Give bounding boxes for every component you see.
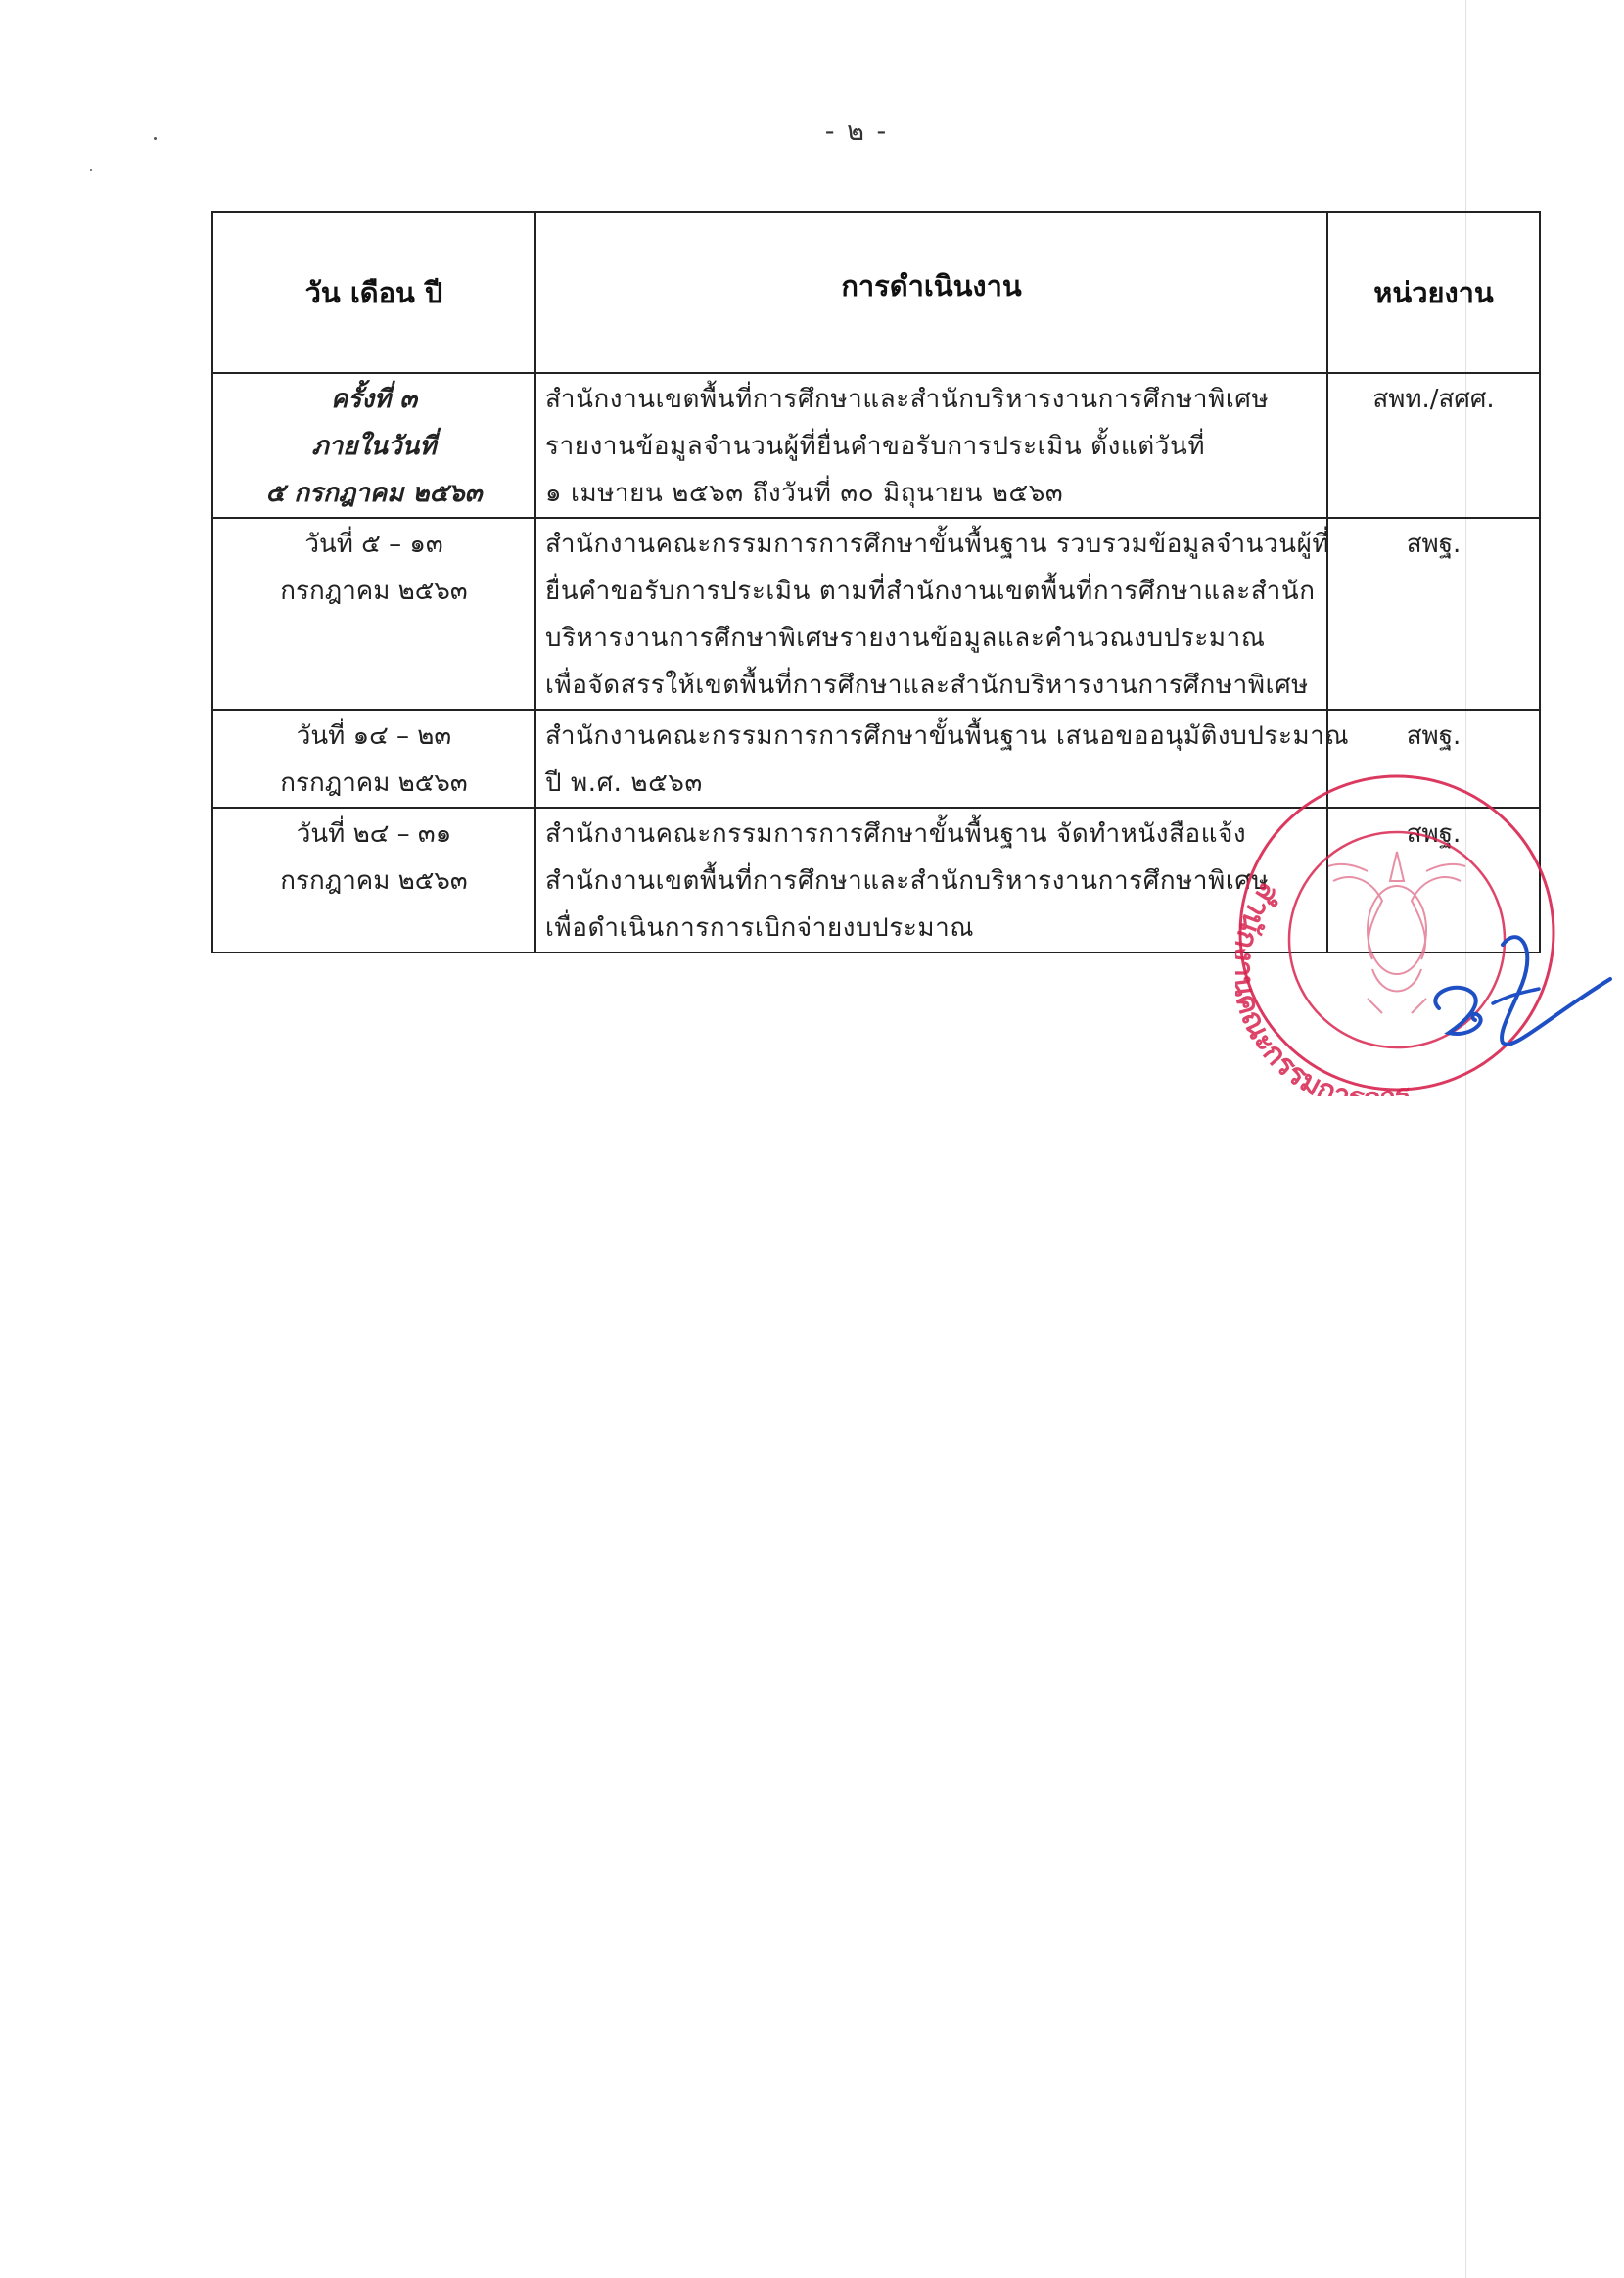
date-line: วันที่ ๑๔ – ๒๓ [213, 713, 534, 760]
action-line: รายงานข้อมูลจำนวนผู้ที่ยื่นคำขอรับการประ… [545, 423, 1317, 470]
date-line: กรกฎาคม ๒๕๖๓ [213, 760, 534, 807]
cell-action: สำนักงานคณะกรรมการการศึกษาขั้นพื้นฐาน จั… [535, 808, 1327, 953]
cell-date: วันที่ ๕ – ๑๓กรกฎาคม ๒๕๖๓ [212, 518, 535, 710]
action-line: ยื่นคำขอรับการประเมิน ตามที่สำนักงานเขตพ… [545, 568, 1317, 615]
cell-unit: สพฐ. [1327, 710, 1540, 808]
date-line: กรกฎาคม ๒๕๖๓ [213, 568, 534, 615]
cell-date: วันที่ ๒๔ – ๓๑กรกฎาคม ๒๕๖๓ [212, 808, 535, 953]
cell-action: สำนักงานเขตพื้นที่การศึกษาและสำนักบริหาร… [535, 373, 1327, 518]
table-row: วันที่ ๑๔ – ๒๓กรกฎาคม ๒๕๖๓สำนักงานคณะกรร… [212, 710, 1540, 808]
table-row: ครั้งที่ ๓ภายในวันที่๕ กรกฎาคม ๒๕๖๓สำนัก… [212, 373, 1540, 518]
cell-unit: สพฐ. [1327, 518, 1540, 710]
cell-date: วันที่ ๑๔ – ๒๓กรกฎาคม ๒๕๖๓ [212, 710, 535, 808]
cell-date: ครั้งที่ ๓ภายในวันที่๕ กรกฎาคม ๒๕๖๓ [212, 373, 535, 518]
action-line: เพื่อดำเนินการการเบิกจ่ายงบประมาณ [545, 905, 1317, 952]
date-line: ครั้งที่ ๓ [213, 376, 534, 423]
action-line: บริหารงานการศึกษาพิเศษรายงานข้อมูลและคำน… [545, 615, 1317, 662]
table-row: วันที่ ๕ – ๑๓กรกฎาคม ๒๕๖๓สำนักงานคณะกรรม… [212, 518, 1540, 710]
cell-action: สำนักงานคณะกรรมการการศึกษาขั้นพื้นฐาน รว… [535, 518, 1327, 710]
date-line: ๕ กรกฎาคม ๒๕๖๓ [213, 470, 534, 517]
action-line: เพื่อจัดสรรให้เขตพื้นที่การศึกษาและสำนัก… [545, 662, 1317, 709]
date-line: วันที่ ๕ – ๑๓ [213, 521, 534, 568]
header-action: การดำเนินงาน [535, 212, 1327, 373]
header-date: วัน เดือน ปี [212, 212, 535, 373]
action-line: สำนักงานคณะกรรมการการศึกษาขั้นพื้นฐาน จั… [545, 811, 1317, 858]
action-line: สำนักงานเขตพื้นที่การศึกษาและสำนักบริหาร… [545, 858, 1317, 905]
cell-unit: สพท./สศศ. [1327, 373, 1540, 518]
header-unit: หน่วยงาน [1327, 212, 1540, 373]
table-header-row: วัน เดือน ปี การดำเนินงาน หน่วยงาน [212, 212, 1540, 373]
date-line: วันที่ ๒๔ – ๓๑ [213, 811, 534, 858]
action-line: ๑ เมษายน ๒๕๖๓ ถึงวันที่ ๓๐ มิถุนายน ๒๕๖๓ [545, 470, 1317, 517]
scan-speck [90, 169, 92, 171]
page-number: - ๒ - [0, 110, 1624, 152]
date-line: ภายในวันที่ [213, 423, 534, 470]
action-line: สำนักงานคณะกรรมการการศึกษาขั้นพื้นฐาน เส… [545, 713, 1317, 760]
action-line: สำนักงานเขตพื้นที่การศึกษาและสำนักบริหาร… [545, 376, 1317, 423]
cell-unit: สพฐ. [1327, 808, 1540, 953]
date-line: กรกฎาคม ๒๕๖๓ [213, 858, 534, 905]
schedule-table: วัน เดือน ปี การดำเนินงาน หน่วยงาน ครั้ง… [211, 211, 1541, 953]
action-line: สำนักงานคณะกรรมการการศึกษาขั้นพื้นฐาน รว… [545, 521, 1317, 568]
action-line: ปี พ.ศ. ๒๕๖๓ [545, 760, 1317, 807]
cell-action: สำนักงานคณะกรรมการการศึกษาขั้นพื้นฐาน เส… [535, 710, 1327, 808]
table-row: วันที่ ๒๔ – ๓๑กรกฎาคม ๒๕๖๓สำนักงานคณะกรร… [212, 808, 1540, 953]
